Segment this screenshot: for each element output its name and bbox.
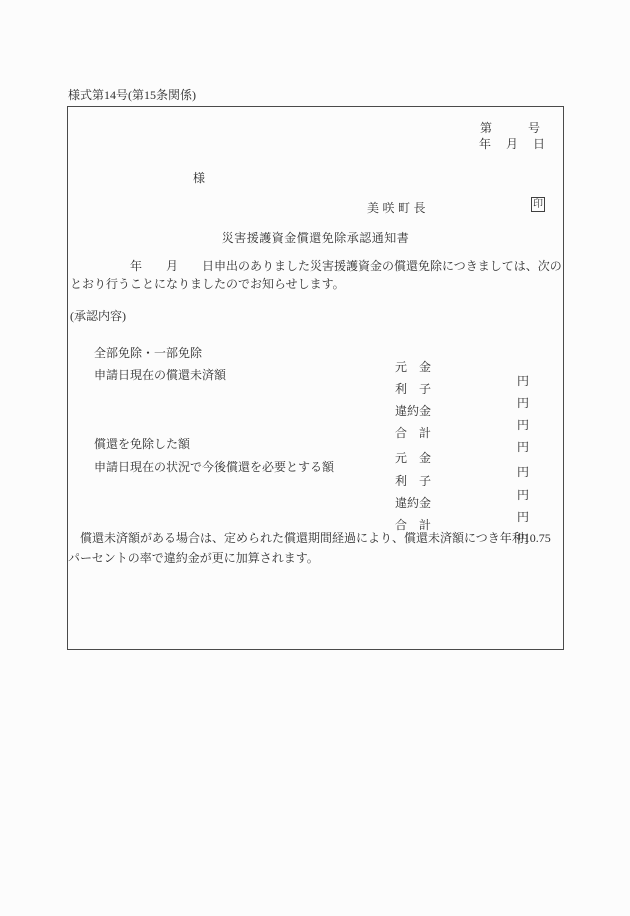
approval-heading: (承認内容) [70,309,126,323]
approval-row: 全部免除・一部免除 元 金 円 [0,332,630,346]
date-line: 年 月 日 [479,137,547,151]
approval-row: 違約金 円 [0,376,630,390]
seal-stamp-box: 印 [531,197,545,212]
body-line-1: 年 月 日申出のありました災害援護資金の償還免除につきましては、次の [130,259,562,273]
approval-row: 合 計 円 [0,490,630,504]
approval-row: 申請日現在の状況で今後償還を必要とする額 利 子 円 [0,446,630,460]
approval-row: 償還を免除した額 元 金 円 [0,423,630,437]
row-amount-label: 合 計 [395,518,431,532]
addressee-honorific: 様 [193,171,205,185]
row-unit-label: 円 [517,510,529,524]
approval-row: 合 計 円 [0,398,630,412]
note-line-2: パーセントの率で違約金が更に加算されます。 [68,551,319,565]
document-title: 災害援護資金償還免除承認通知書 [67,231,564,245]
body-line-2: とおり行うことになりましたのでお知らせします。 [70,277,345,291]
document-page: 様式第14号(第15条関係) 第 号 年 月 日 様 美咲町長 印 災害援護資金… [0,0,630,916]
doc-number-line: 第 号 [480,121,540,135]
note-line-1: 償還未済額がある場合は、定められた償還期間経過により、償還未済額につき年利10.… [80,531,551,545]
issuer-title: 美咲町長 [367,201,429,215]
approval-row: 違約金 円 [0,468,630,482]
form-style-number: 様式第14号(第15条関係) [68,88,196,102]
seal-icon: 印 [533,199,543,210]
approval-row: 申請日現在の償還未済額 利 子 円 [0,354,630,368]
